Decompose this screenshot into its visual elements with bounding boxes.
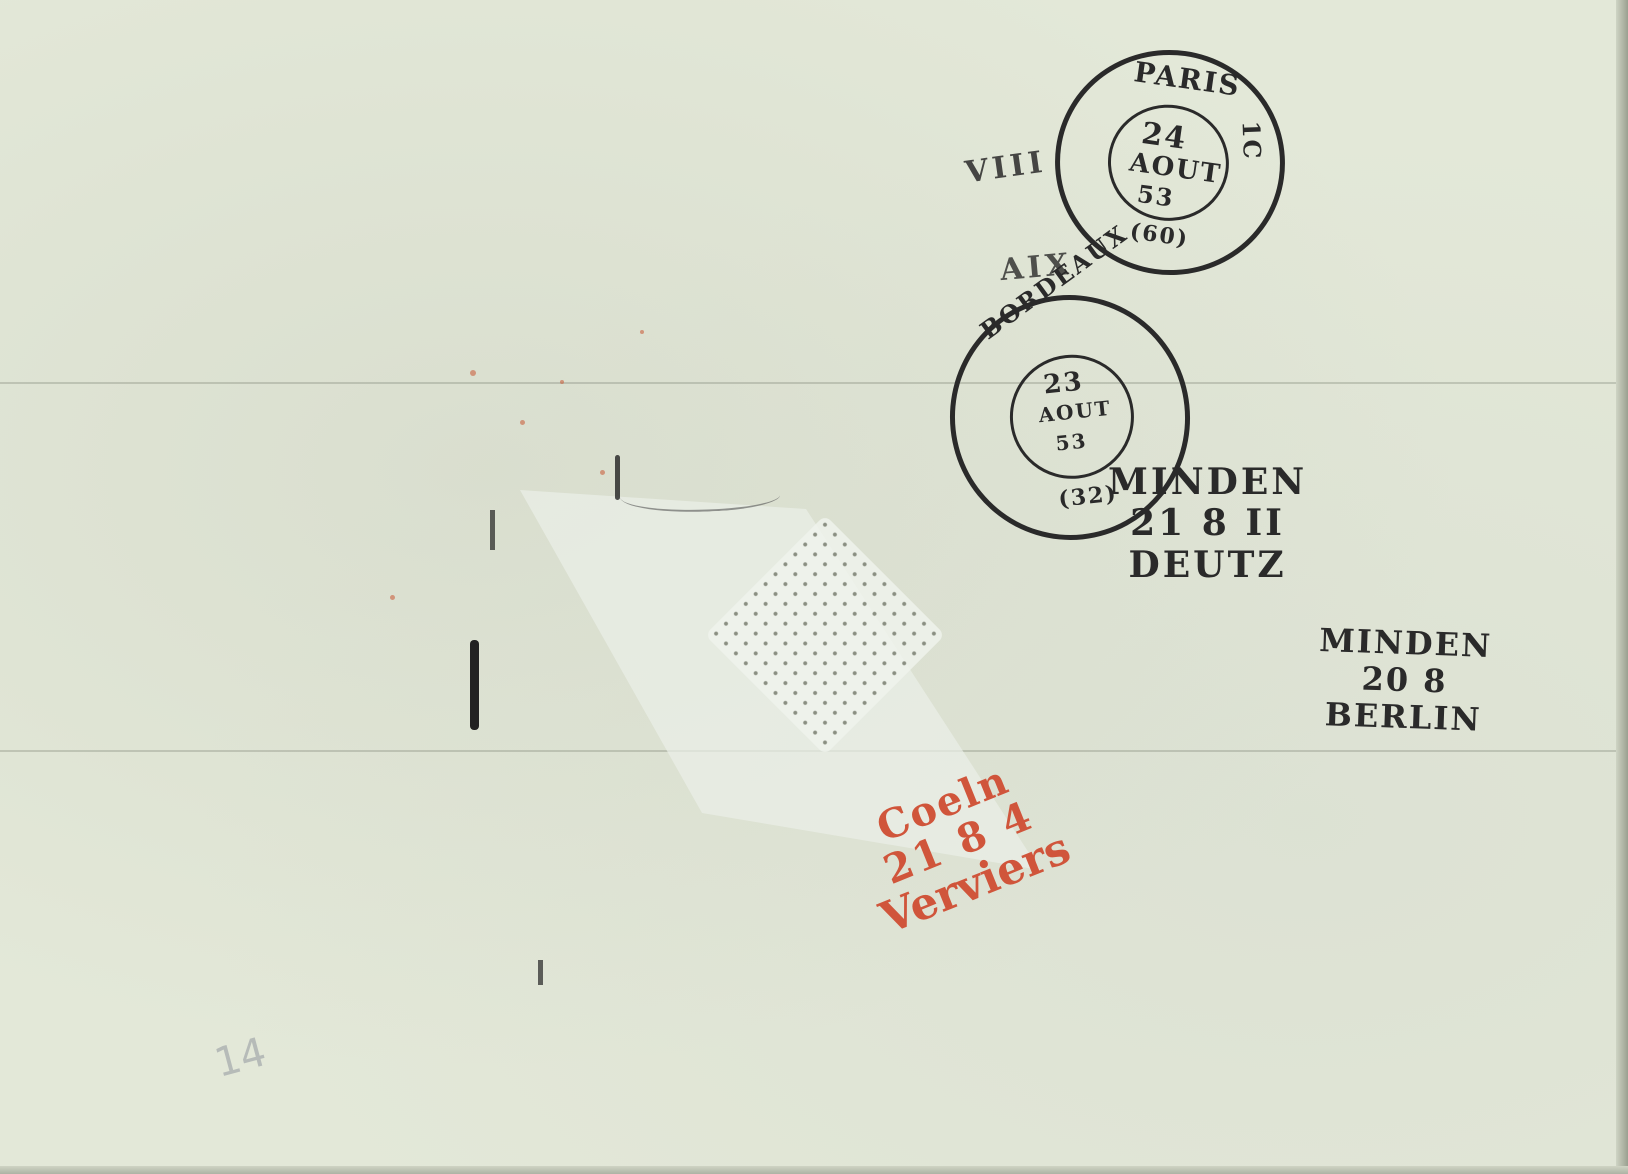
- paris-number: 1C: [1237, 120, 1267, 161]
- deutz-line-3: DEUTZ: [1108, 545, 1307, 586]
- paris-bottom: (60): [1128, 218, 1190, 252]
- fold-line-upper: [0, 382, 1628, 384]
- ink-stroke: [490, 510, 495, 550]
- bordeaux-day: 23: [1042, 366, 1085, 400]
- red-ink-speck: [600, 470, 605, 475]
- bordeaux-year: 53: [1054, 428, 1088, 455]
- ink-stroke: [538, 960, 543, 985]
- ink-stroke: [615, 455, 620, 500]
- paper-edge-right: [1616, 0, 1628, 1174]
- deutz-line-1: MINDEN: [1108, 462, 1307, 503]
- deutz-railway-stamp: MINDEN 21 8 II DEUTZ: [1108, 462, 1307, 586]
- red-ink-speck: [390, 595, 395, 600]
- berlin-line-3: BERLIN: [1316, 696, 1490, 739]
- berlin-line-1: MINDEN: [1319, 622, 1493, 665]
- partial-strike-upper: VIII: [963, 145, 1048, 191]
- berlin-railway-stamp: MINDEN 20 8 BERLIN: [1316, 622, 1493, 738]
- red-ink-speck: [470, 370, 476, 376]
- pencil-note: 14: [210, 1029, 271, 1087]
- red-ink-speck: [560, 380, 564, 384]
- paris-year: 53: [1135, 179, 1176, 213]
- ink-stroke: [470, 640, 479, 730]
- red-ink-speck: [520, 420, 525, 425]
- paper-edge-bottom: [0, 1166, 1628, 1174]
- paris-city: PARIS: [1132, 55, 1243, 103]
- bordeaux-city: BORDEAUX: [974, 219, 1133, 345]
- red-ink-speck: [640, 330, 644, 334]
- postal-cover-back: VIII AIX PARIS 1C 24 AOUT 53 (60) BORDEA…: [0, 0, 1628, 1174]
- deutz-line-2: 21 8 II: [1108, 503, 1307, 544]
